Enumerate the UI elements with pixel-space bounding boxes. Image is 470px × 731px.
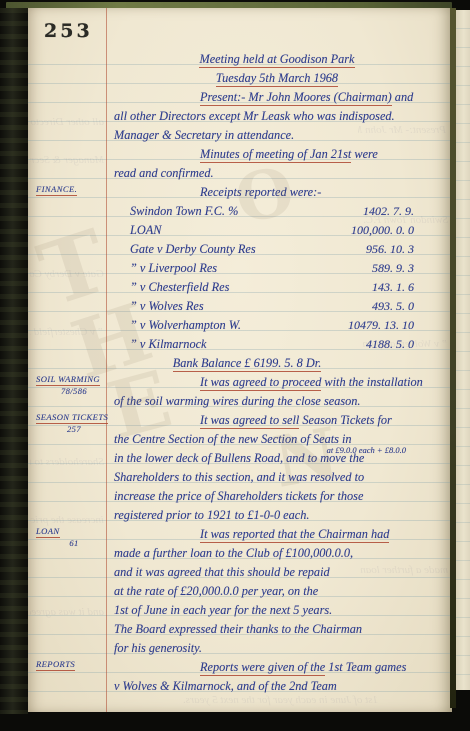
scanned-minute-book-page: 253 Meeting held at Goodison ParkTuesday… bbox=[0, 0, 470, 731]
handwritten-text: Gate v Derby County Res bbox=[130, 242, 256, 256]
manuscript-line: Meeting held at Goodison Park bbox=[114, 50, 440, 69]
amount-figure: 1402. 7. 9. bbox=[363, 202, 414, 221]
manuscript-line: made a further loan to the Club of £100,… bbox=[114, 544, 440, 563]
manuscript-line: ” v Liverpool Res589. 9. 3 bbox=[114, 259, 440, 278]
handwritten-text: v Wolves & Kilmarnock, and of the 2nd Te… bbox=[114, 679, 337, 693]
show-through-writing: and it was agreed that this should be re… bbox=[30, 606, 104, 618]
manuscript-line: at the rate of £20,000.0.0 per year, on … bbox=[114, 582, 440, 601]
handwritten-text: It was reported that the Chairman had bbox=[200, 527, 389, 543]
manuscript-line: increase the price of Shareholders ticke… bbox=[114, 487, 440, 506]
margin-reference-number: 78/586 bbox=[36, 386, 112, 397]
amount-figure: 100,000. 0. 0 bbox=[351, 221, 414, 240]
manuscript-line: ” v Kilmarnock4188. 5. 0 bbox=[114, 335, 440, 354]
manuscript-line: Tuesday 5th March 1968 bbox=[114, 69, 440, 88]
handwritten-text: read and confirmed. bbox=[114, 166, 214, 180]
show-through-writing: Shareholders to this section, and it was… bbox=[30, 456, 104, 468]
manuscript-line: and it was agreed that this should be re… bbox=[114, 563, 440, 582]
amount-figure: 143. 1. 6 bbox=[372, 278, 414, 297]
manuscript-line: Manager & Secretary in attendance. bbox=[114, 126, 440, 145]
manuscript-line: LOAN100,000. 0. 0 bbox=[114, 221, 440, 240]
manuscript-line: ” v Wolves Res493. 5. 0 bbox=[114, 297, 440, 316]
handwritten-text: and it was agreed that this should be re… bbox=[114, 565, 330, 579]
show-through-writing: increase the price of Shareholders ticke… bbox=[30, 514, 104, 526]
handwritten-text: Swindon Town F.C. % bbox=[130, 204, 238, 218]
show-through-writing: ” v Chesterfield Res bbox=[30, 326, 104, 338]
margin-heading: FINANCE. bbox=[36, 184, 112, 195]
margin-reference-number: 61 bbox=[36, 538, 112, 549]
facing-page-sliver bbox=[456, 10, 470, 690]
amount-figure: 589. 9. 3 bbox=[372, 259, 414, 278]
manuscript-line: ” v Wolverhampton W.10479. 13. 10 bbox=[114, 316, 440, 335]
amount-figure: 10479. 13. 10 bbox=[348, 316, 414, 335]
handwritten-text: Reports were given of the bbox=[200, 660, 325, 676]
handwritten-text: Shareholders to this section, and it was… bbox=[114, 470, 364, 484]
manuscript-line: Bank Balance £ 6199. 5. 8 Dr. bbox=[114, 354, 440, 373]
red-margin-line bbox=[106, 8, 107, 712]
margin-heading: SOIL WARMING78/586 bbox=[36, 374, 112, 397]
manuscript-line: Shareholders to this section, and it was… bbox=[114, 468, 440, 487]
margin-reference-number: 257 bbox=[36, 424, 112, 435]
manuscript-line: v Wolves & Kilmarnock, and of the 2nd Te… bbox=[114, 677, 440, 696]
manuscript-line: Minutes of meeting of Jan 21st were bbox=[114, 145, 440, 164]
manuscript-line: Gate v Derby County Res956. 10. 3 bbox=[114, 240, 440, 259]
handwritten-text: ” v Wolverhampton W. bbox=[130, 318, 241, 332]
handwritten-text: increase the price of Shareholders ticke… bbox=[114, 489, 363, 503]
manuscript-line: SOIL WARMING78/586It was agreed to proce… bbox=[114, 373, 440, 392]
manuscript-line: in the lower deck of Bullens Road, and t… bbox=[114, 449, 440, 468]
handwritten-text: the Centre Section of the new Section of… bbox=[114, 432, 352, 446]
amount-figure: 493. 5. 0 bbox=[372, 297, 414, 316]
page-number-stamp: 253 bbox=[44, 20, 93, 42]
handwritten-text: It was agreed to sell bbox=[200, 413, 299, 429]
handwritten-text: Season Tickets for bbox=[299, 413, 392, 427]
inserted-note: at £9.0.0 each + £8.0.0 bbox=[327, 441, 406, 460]
manuscript-line: Swindon Town F.C. %1402. 7. 9. bbox=[114, 202, 440, 221]
manuscript-line: The Board expressed their thanks to the … bbox=[114, 620, 440, 639]
handwritten-text: Receipts reported were:- bbox=[200, 185, 321, 199]
manuscript-line: 1st of June in each year for the next 5 … bbox=[114, 601, 440, 620]
manuscript-line: LOAN61It was reported that the Chairman … bbox=[114, 525, 440, 544]
handwritten-text: 1st of June in each year for the next 5 … bbox=[114, 603, 332, 617]
handwritten-text: and bbox=[392, 90, 414, 104]
manuscript-line: Present:- Mr John Moores (Chairman) and bbox=[114, 88, 440, 107]
handwritten-text: at the rate of £20,000.0.0 per year, on … bbox=[114, 584, 318, 598]
manuscript-line: of the soil warming wires during the clo… bbox=[114, 392, 440, 411]
handwritten-text: ” v Wolves Res bbox=[130, 299, 204, 313]
handwritten-text: ” v Kilmarnock bbox=[130, 337, 207, 351]
amount-figure: 956. 10. 3 bbox=[366, 240, 414, 259]
manuscript-line: all other Directors except Mr Leask who … bbox=[114, 107, 440, 126]
manuscript-line: SEASON TICKETS257It was agreed to sell S… bbox=[114, 411, 440, 430]
manuscript-line: FINANCE.Receipts reported were:- bbox=[114, 183, 440, 202]
manuscript-line: registered prior to 1921 to £1-0-0 each. bbox=[114, 506, 440, 525]
manuscript-line: ” v Chesterfield Res143. 1. 6 bbox=[114, 278, 440, 297]
handwritten-text: registered prior to 1921 to £1-0-0 each. bbox=[114, 508, 309, 522]
margin-heading: LOAN61 bbox=[36, 526, 112, 549]
show-through-writing: all other Directors except Mr Leask who … bbox=[30, 116, 104, 128]
handwritten-text: were bbox=[351, 147, 378, 161]
handwritten-text: Tuesday 5th March 1968 bbox=[216, 71, 338, 87]
manuscript-line: REPORTSReports were given of the 1st Tea… bbox=[114, 658, 440, 677]
show-through-writing: Gate v Derby County Res bbox=[30, 268, 104, 280]
margin-heading: REPORTS bbox=[36, 659, 112, 670]
handwritten-text: of the soil warming wires during the clo… bbox=[114, 394, 361, 408]
handwritten-text: ” v Liverpool Res bbox=[130, 261, 217, 275]
book-binding-edge bbox=[0, 8, 28, 714]
handwritten-text: Present:- Mr John Moores (Chairman) bbox=[200, 90, 392, 106]
handwritten-text: The Board expressed their thanks to the … bbox=[114, 622, 362, 636]
handwritten-text: Meeting held at Goodison Park bbox=[199, 52, 354, 68]
handwritten-text: ” v Chesterfield Res bbox=[130, 280, 229, 294]
handwritten-text: with the installation bbox=[321, 375, 422, 389]
handwritten-text: Manager & Secretary in attendance. bbox=[114, 128, 294, 142]
handwritten-text: Bank Balance £ 6199. 5. 8 Dr. bbox=[173, 356, 322, 372]
handwritten-text: LOAN bbox=[130, 223, 161, 237]
paper-page: 253 Meeting held at Goodison ParkTuesday… bbox=[28, 8, 452, 712]
amount-figure: 4188. 5. 0 bbox=[366, 335, 414, 354]
handwritten-text: made a further loan to the Club of £100,… bbox=[114, 546, 353, 560]
handwritten-text: Minutes of meeting of Jan 21st bbox=[200, 147, 351, 163]
show-through-writing: Manager & Secretary in attendance. bbox=[30, 154, 104, 166]
handwritten-text: for his generosity. bbox=[114, 641, 202, 655]
handwritten-text: It was agreed to proceed bbox=[200, 375, 321, 391]
manuscript-line: read and confirmed. bbox=[114, 164, 440, 183]
handwritten-text: 1st Team games bbox=[325, 660, 406, 674]
manuscript-line: for his generosity. bbox=[114, 639, 440, 658]
margin-heading: SEASON TICKETS257 bbox=[36, 412, 112, 435]
handwritten-text: all other Directors except Mr Leask who … bbox=[114, 109, 395, 123]
